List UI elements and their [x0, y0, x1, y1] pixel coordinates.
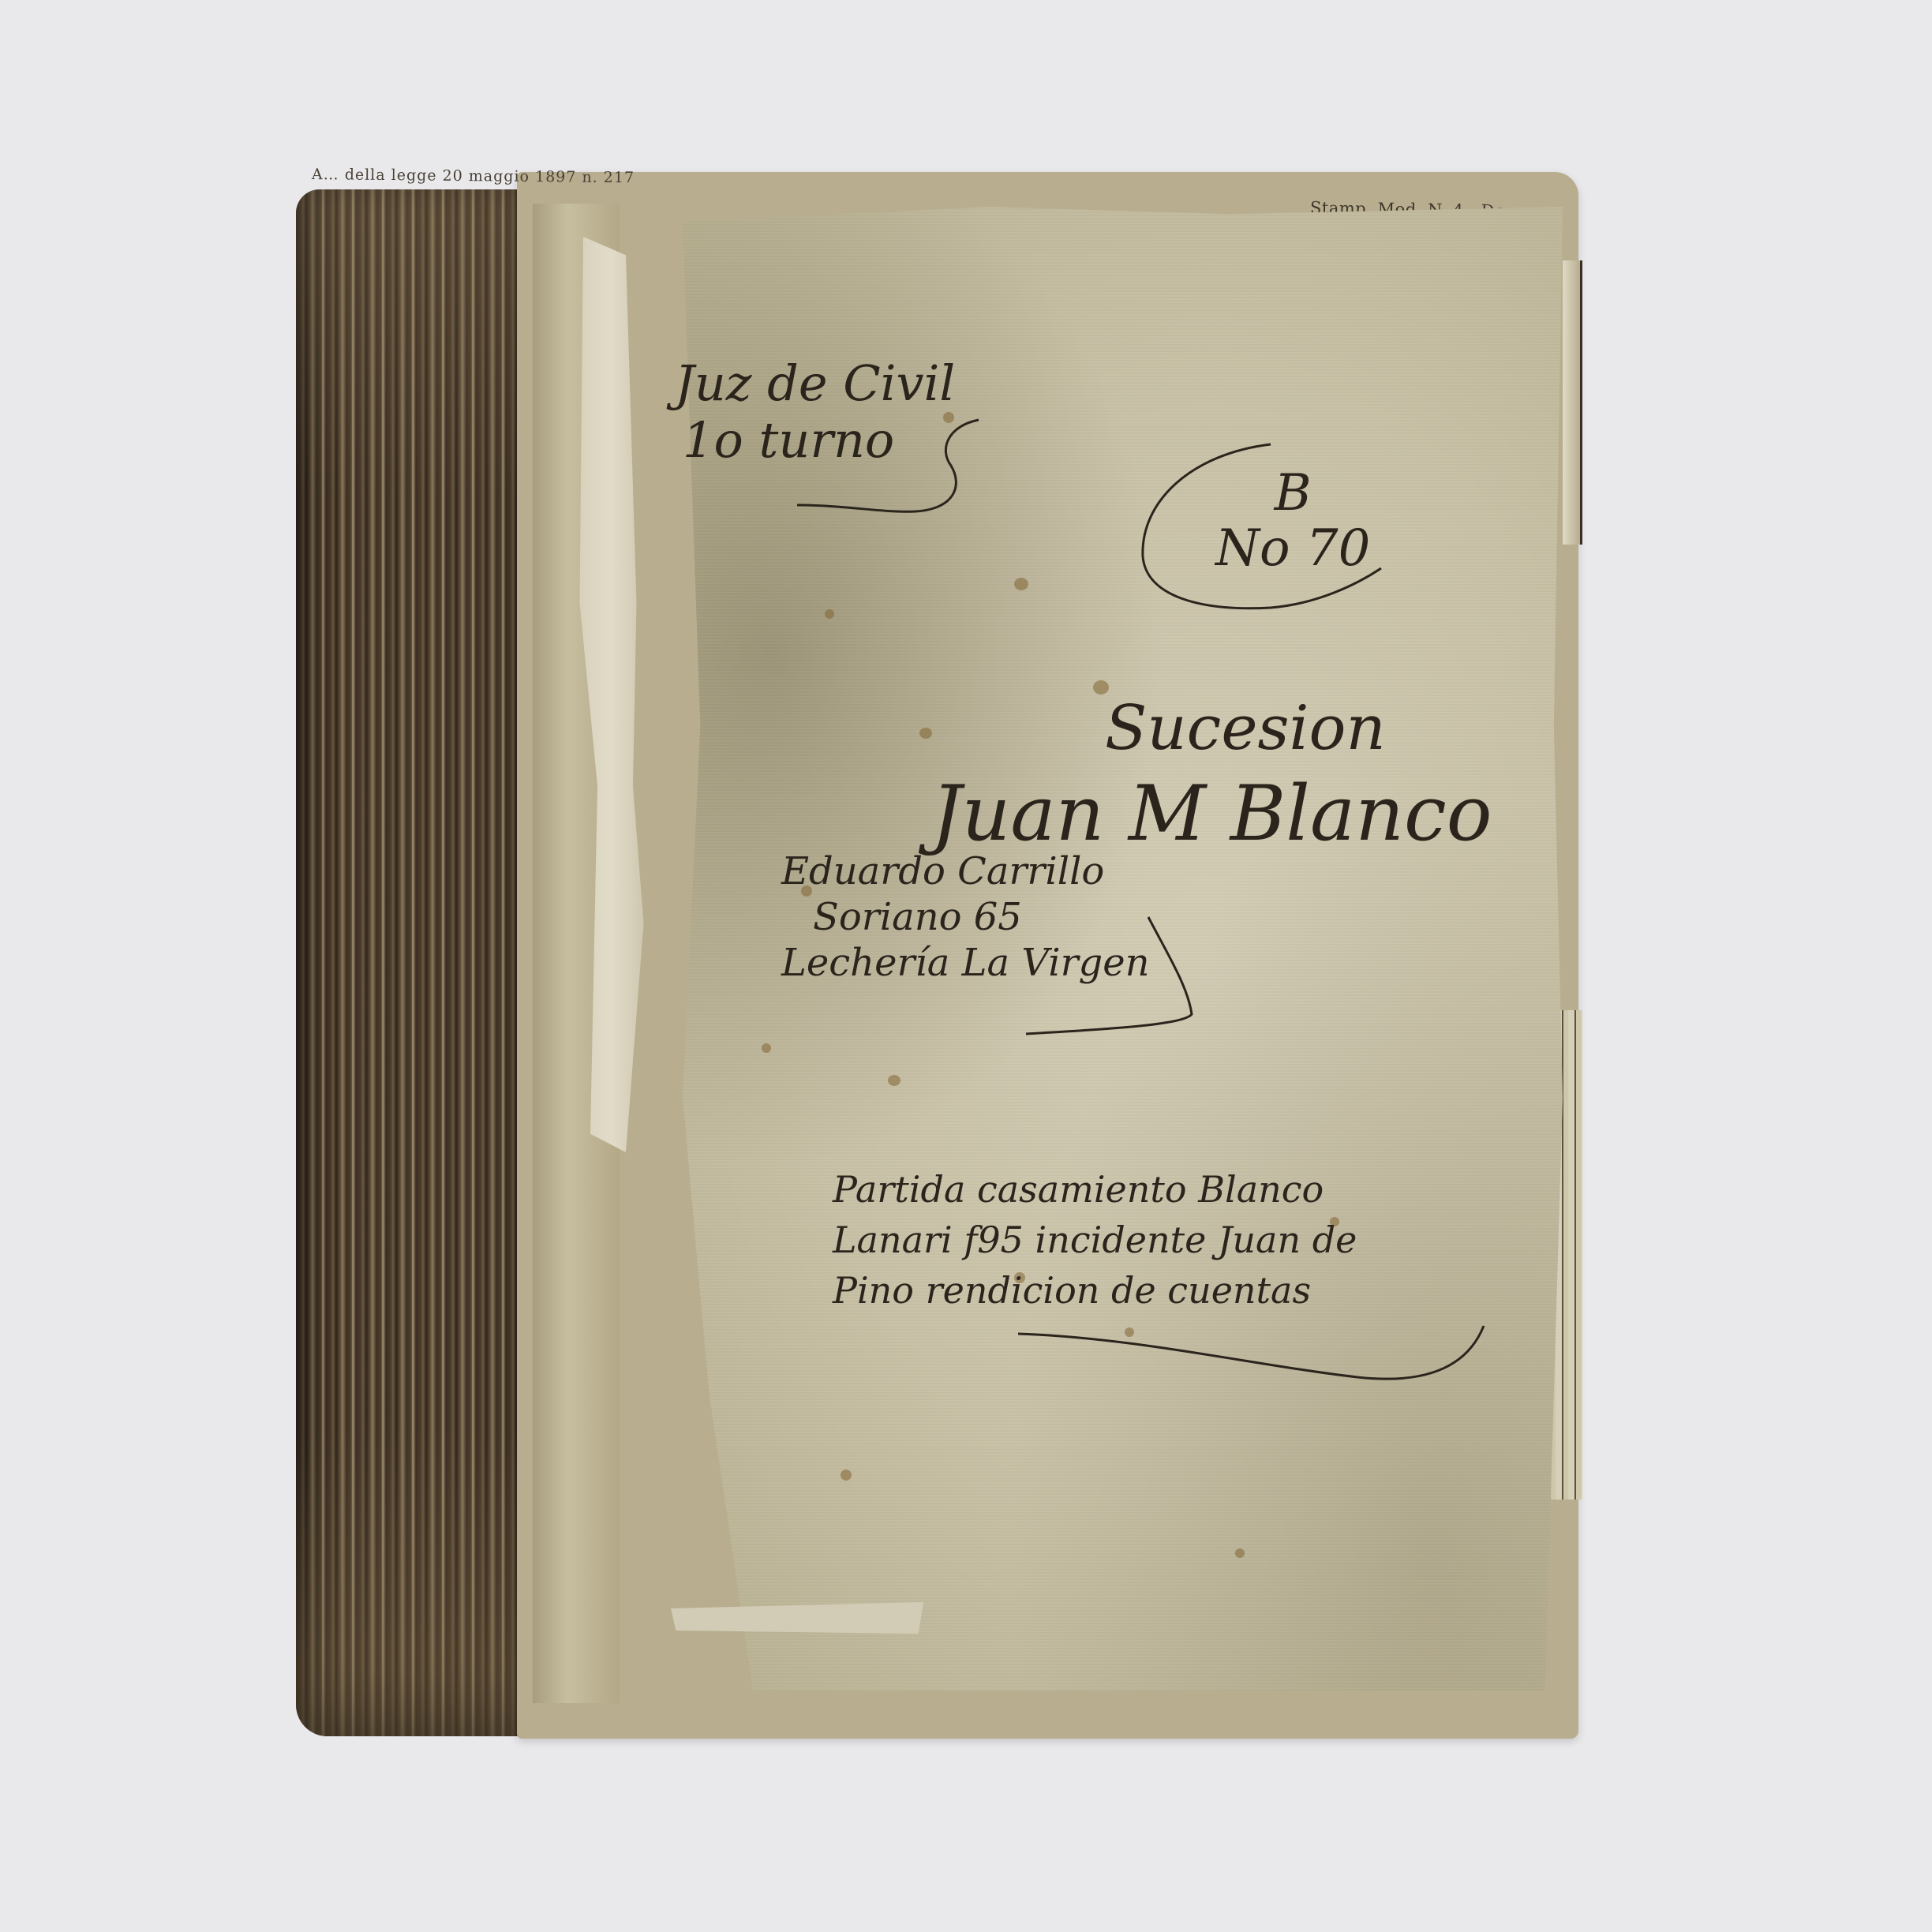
foxing-spot	[888, 1075, 900, 1086]
address-line-1: Eduardo Carrillo	[781, 848, 1150, 894]
foxing-spot	[825, 609, 834, 619]
footnote-line-3: Pino rendicion de cuentas	[833, 1265, 1357, 1316]
footnote: Partida casamiento Blanco Lanari f95 inc…	[833, 1164, 1357, 1316]
foxing-spot	[841, 1470, 852, 1481]
court-flourish	[797, 418, 994, 521]
printed-header-left: A… della legge 20 maggio 1897 n. 217	[312, 166, 635, 186]
case-heading: Sucesion	[1105, 695, 1386, 762]
court-line-1: Juz de Civil	[675, 355, 955, 412]
reference-number: No 70	[1215, 521, 1370, 576]
case-name: Juan M Blanco	[931, 769, 1492, 858]
foxing-spot	[762, 1043, 771, 1053]
footnote-underline	[1018, 1310, 1492, 1397]
footnote-line-2: Lanari f95 incidente Juan de	[833, 1215, 1357, 1265]
folded-edge-tab	[1563, 260, 1582, 545]
foxing-spot	[919, 728, 932, 739]
reference-mark: B No 70	[1215, 466, 1370, 576]
foxing-spot	[1235, 1548, 1245, 1558]
reference-letter: B	[1215, 466, 1370, 521]
address-bracket	[994, 915, 1200, 1042]
footnote-line-1: Partida casamiento Blanco	[833, 1164, 1357, 1215]
foxing-spot	[1014, 578, 1028, 590]
page-edges	[296, 189, 533, 1736]
